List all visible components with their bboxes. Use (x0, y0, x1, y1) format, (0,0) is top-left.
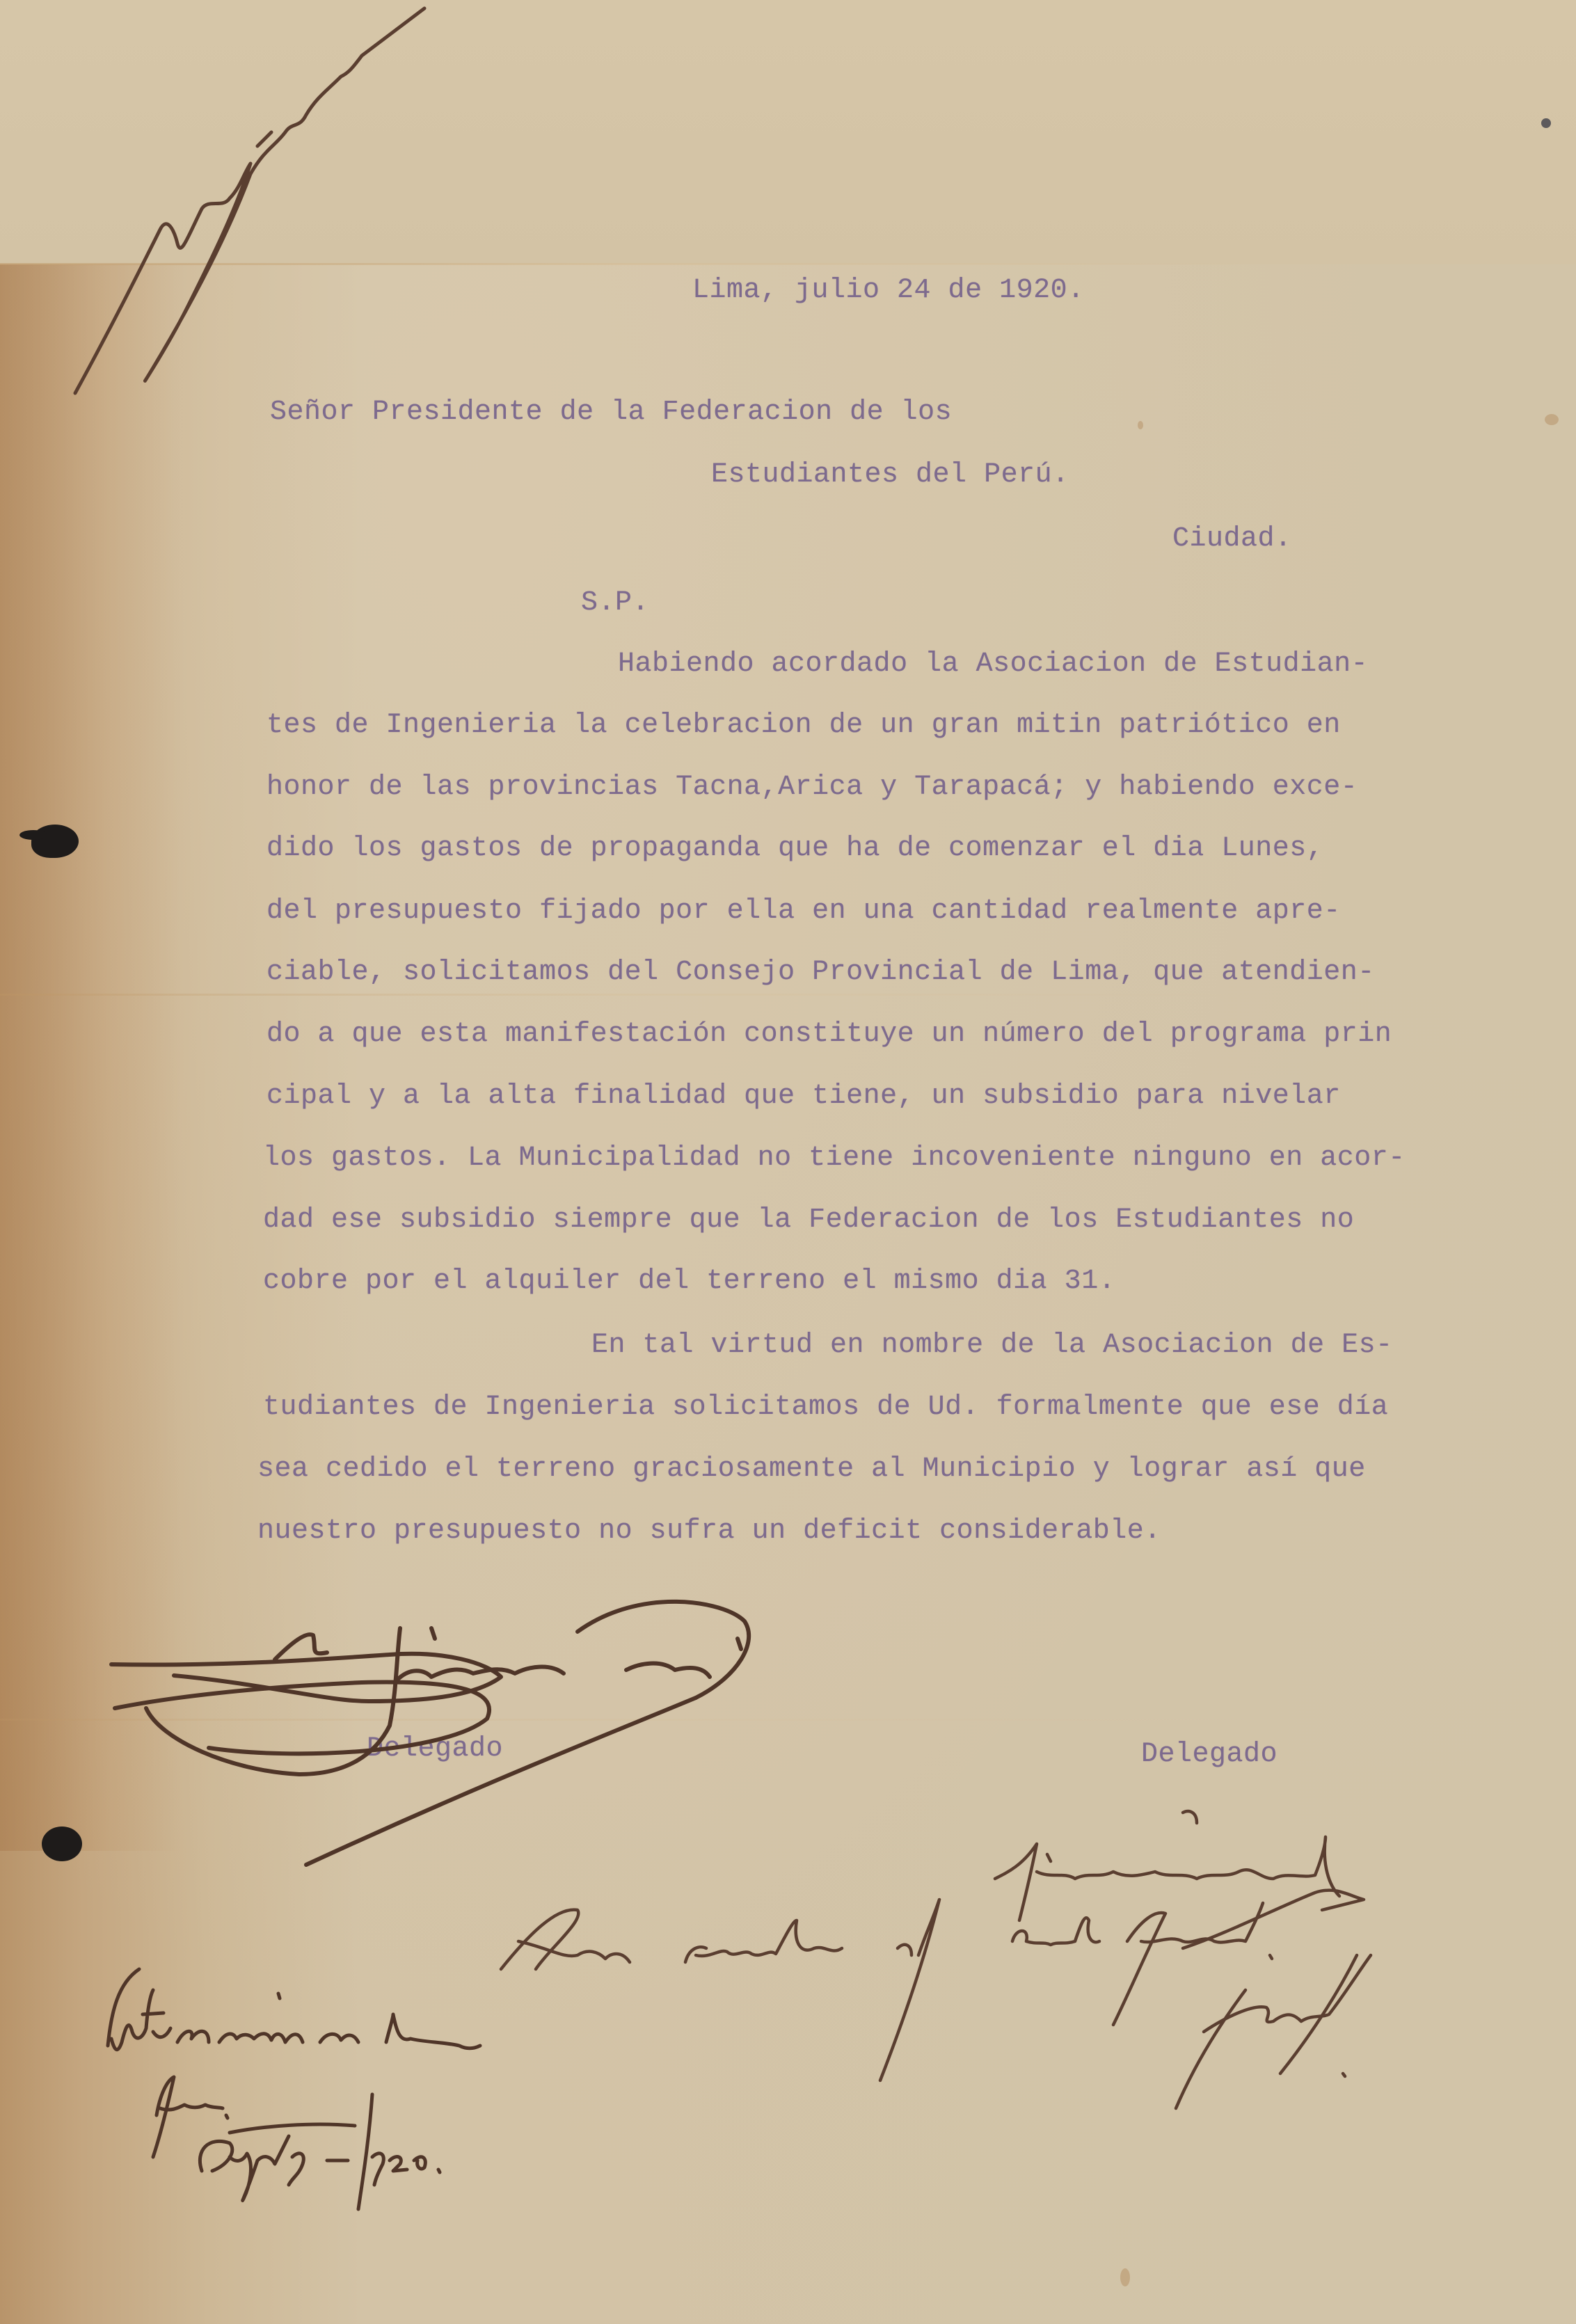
svg-text:fecha.: fecha. (0, 0, 2, 1)
svg-text:Vista en sesión de la: Vista en sesión de la (0, 0, 6, 1)
svg-text:Agost 9 - 1920.: Agost 9 - 1920. (0, 0, 5, 1)
session-note-handwriting-icon: Vista en sesión de la fecha. Agost 9 - 1… (0, 0, 1576, 2324)
letter-page: Urgente Lima, julio 24 de 1920. Señor Pr… (0, 0, 1576, 2324)
